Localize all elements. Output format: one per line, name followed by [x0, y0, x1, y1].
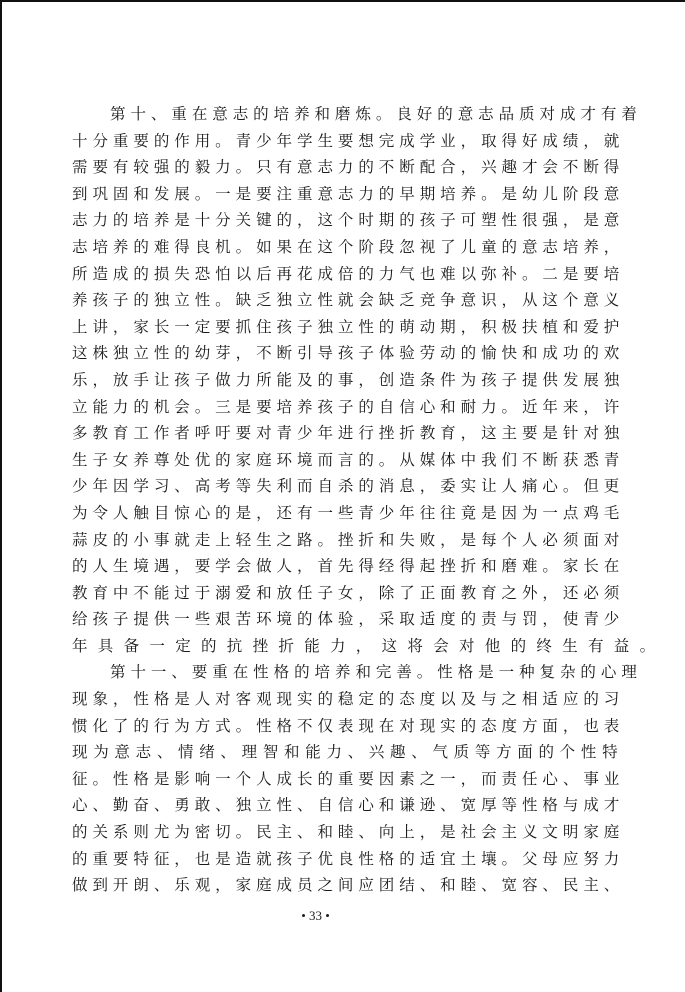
text-line: 所 造 成 的 损 失 恐 怕 以 后 再 花 成 倍 的 力 气 也 难 以 …: [72, 261, 618, 288]
text-line: 的 人 生 境 遇 ， 要 学 会 做 人 ， 首 先 得 经 得 起 挫 折 …: [72, 553, 618, 580]
text-line: 现 象 ， 性 格 是 人 对 客 观 现 实 的 稳 定 的 态 度 以 及 …: [72, 686, 618, 713]
text-line: 乐 ， 放 手 让 孩 子 做 力 所 能 及 的 事 ， 创 造 条 件 为 …: [72, 367, 618, 394]
text-line: 志 力 的 培 养 是 十 分 关 键 的 ， 这 个 时 期 的 孩 子 可 …: [72, 207, 618, 234]
text-line: 少 年 因 学 习 、 高 考 等 失 利 而 自 杀 的 消 息 ， 委 实 …: [72, 473, 618, 500]
document-page: 第 十 、 重 在 意 志 的 培 养 和 磨 炼 。 良 好 的 意 志 品 …: [0, 0, 685, 992]
text-line: 教 育 中 不 能 过 于 溺 爱 和 放 任 子 女 ， 除 了 正 面 教 …: [72, 580, 618, 607]
text-line: 心 、 勤 奋 、 勇 敢 、 独 立 性 、 自 信 心 和 谦 逊 、 宽 …: [72, 792, 618, 819]
text-line: 的 重 要 特 征 ， 也 是 造 就 孩 子 优 良 性 格 的 适 宜 土 …: [72, 846, 618, 873]
text-line: 这 株 独 立 性 的 幼 芽 ， 不 断 引 导 孩 子 体 验 劳 动 的 …: [72, 340, 618, 367]
text-line: 到 巩 固 和 发 展 。 一 是 要 注 重 意 志 力 的 早 期 培 养 …: [72, 181, 618, 208]
text-line: 养 孩 子 的 独 立 性 。 缺 乏 独 立 性 就 会 缺 乏 竞 争 意 …: [72, 287, 618, 314]
text-line: 第 十 一 、 要 重 在 性 格 的 培 养 和 完 善 。 性 格 是 一 …: [72, 659, 618, 686]
text-line: 立 能 力 的 机 会 。 三 是 要 培 养 孩 子 的 自 信 心 和 耐 …: [72, 394, 618, 421]
text-line: 惯 化 了 的 行 为 方 式 。 性 格 不 仅 表 现 在 对 现 实 的 …: [72, 713, 618, 740]
text-line: 的 关 系 则 尤 为 密 切 。 民 主 、 和 睦 、 向 上 ， 是 社 …: [72, 819, 618, 846]
paragraph-10-willpower: 第 十 、 重 在 意 志 的 培 养 和 磨 炼 。 良 好 的 意 志 品 …: [72, 101, 618, 659]
text-line: 为 令 人 触 目 惊 心 的 是 ， 还 有 一 些 青 少 年 往 往 竟 …: [72, 500, 618, 527]
body-text: 第 十 、 重 在 意 志 的 培 养 和 磨 炼 。 良 好 的 意 志 品 …: [72, 101, 618, 899]
text-line: 志 培 养 的 难 得 良 机 。 如 果 在 这 个 阶 段 忽 视 了 儿 …: [72, 234, 618, 261]
text-line: 上 讲 ， 家 长 一 定 要 抓 住 孩 子 独 立 性 的 萌 动 期 ， …: [72, 314, 618, 341]
text-line: 多 教 育 工 作 者 呼 吁 要 对 青 少 年 进 行 挫 折 教 育 ， …: [72, 420, 618, 447]
text-line: 需 要 有 较 强 的 毅 力 。 只 有 意 志 力 的 不 断 配 合 ， …: [72, 154, 618, 181]
text-line: 蒜 皮 的 小 事 就 走 上 轻 生 之 路 。 挫 折 和 失 败 ， 是 …: [72, 527, 618, 554]
text-line: 做 到 开 朗 、 乐 观 ， 家 庭 成 员 之 间 应 团 结 、 和 睦 …: [72, 872, 618, 899]
text-line: 征 。 性 格 是 影 响 一 个 人 成 长 的 重 要 因 素 之 一 ， …: [72, 766, 618, 793]
text-line: 第 十 、 重 在 意 志 的 培 养 和 磨 炼 。 良 好 的 意 志 品 …: [72, 101, 618, 128]
paragraph-11-character: 第 十 一 、 要 重 在 性 格 的 培 养 和 完 善 。 性 格 是 一 …: [72, 659, 618, 898]
page-number: • 33 •: [2, 908, 629, 924]
text-line: 生 子 女 养 尊 处 优 的 家 庭 环 境 而 言 的 。 从 媒 体 中 …: [72, 447, 618, 474]
text-line: 给 孩 子 提 供 一 些 艰 苦 环 境 的 体 验 ， 采 取 适 度 的 …: [72, 606, 618, 633]
text-line: 十 分 重 要 的 作 用 。 青 少 年 学 生 要 想 完 成 学 业 ， …: [72, 128, 618, 155]
text-line: 年具备一定的抗挫折能力，这将会对他的终生有益。: [72, 633, 618, 660]
text-line: 现 为 意 志 、 情 绪 、 理 智 和 能 力 、 兴 趣 、 气 质 等 …: [72, 739, 618, 766]
